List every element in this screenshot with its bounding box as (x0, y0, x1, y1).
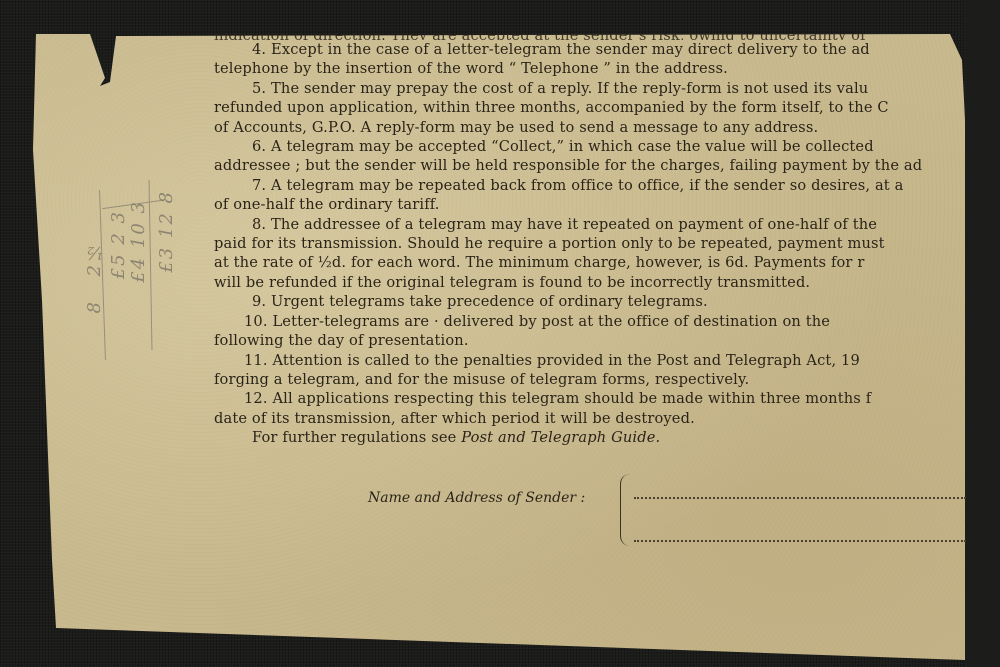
pencil-note: 8 (84, 300, 105, 313)
further-regulations-note: For further regulations see Post and Tel… (214, 428, 974, 447)
regulation-4: 4. Except in the case of a letter-telegr… (214, 40, 974, 79)
sender-label: Name and Address of Sender : (368, 490, 585, 506)
regulation-8: 8. The addressee of a telegram may have … (214, 215, 974, 293)
regulation-9: 9. Urgent telegrams take precedence of o… (214, 292, 974, 311)
pencil-note: £3 12 8 (156, 190, 177, 273)
cutoff-line: indication of direction. They are accept… (214, 33, 974, 40)
regulation-10: 10. Letter-telegrams are · delivered by … (214, 312, 974, 351)
regulations-text: indication of direction. They are accept… (214, 36, 974, 448)
regulation-6: 6. A telegram may be accepted “Collect,”… (214, 137, 974, 176)
sender-address-field[interactable] (634, 540, 966, 542)
sender-name-field[interactable] (634, 497, 966, 499)
pencil-note: £5 2 3 (108, 210, 129, 279)
pencil-note: £4 10 3 (128, 200, 149, 283)
brace-bracket (620, 474, 633, 546)
pencil-note: 2½ (84, 240, 105, 276)
regulation-7: 7. A telegram may be repeated back from … (214, 176, 974, 215)
regulation-11: 11. Attention is called to the penalties… (214, 351, 974, 390)
pencil-line (149, 180, 153, 350)
pencil-annotations: 2½ 8 £5 2 3 £4 10 3 £3 12 8 (92, 180, 212, 360)
regulation-5: 5. The sender may prepay the cost of a r… (214, 79, 974, 137)
regulation-12: 12. All applications respecting this tel… (214, 389, 974, 428)
